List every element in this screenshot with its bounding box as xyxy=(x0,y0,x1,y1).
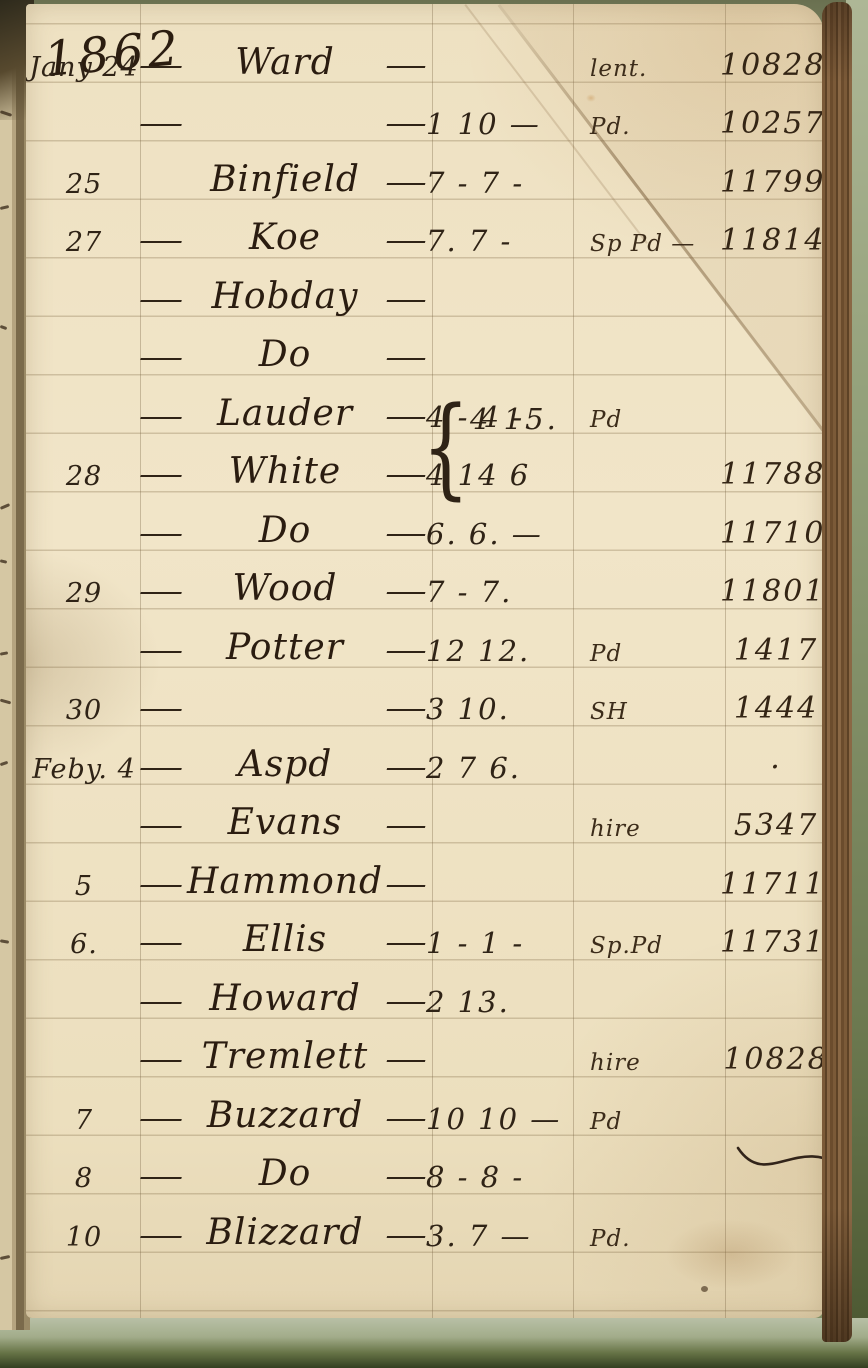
name-trailing-dash: — xyxy=(372,343,439,373)
entry-name: Koe xyxy=(185,220,385,256)
ledger-row: 27 — Koe — 7. 7 - Sp Pd — 11814. xyxy=(26,204,824,256)
entry-date: 29 xyxy=(26,580,142,607)
entry-date: 5 xyxy=(26,873,142,900)
entry-name: Do xyxy=(185,337,385,373)
entry-notation: Pd. xyxy=(582,1228,736,1251)
entry-reference-number: 11814. xyxy=(720,226,824,256)
ledger-row: 29 — Wood — 7 - 7. 11801. xyxy=(26,555,824,607)
entry-notation: Pd xyxy=(582,1111,736,1134)
entry-amount: 3 10. xyxy=(426,695,576,724)
entry-amount: 7 - 7. xyxy=(426,578,576,607)
entry-reference-number: 1444 xyxy=(720,694,824,724)
leader-dash: — xyxy=(127,694,196,724)
ledger-page: 1862 Jany 24 — Ward — lent. 10828. — — 1… xyxy=(26,4,824,1318)
entry-name: Ward xyxy=(185,45,385,81)
entry-date: 6. xyxy=(26,931,142,958)
entry-name: Tremlett xyxy=(185,1039,385,1075)
entry-reference-number: 10828 xyxy=(720,1045,824,1075)
entry-notation: Pd xyxy=(582,409,736,432)
entry-name: Buzzard xyxy=(185,1098,385,1134)
ledger-row: Feby. 4 — Aspd — 2 7 6. · xyxy=(26,731,824,783)
entry-notation: Sp Pd — xyxy=(582,233,736,256)
entry-amount: 1 - 1 - xyxy=(426,929,576,958)
ledger-row: — Do — xyxy=(26,321,824,373)
entry-reference-number: 11710. xyxy=(720,519,824,549)
entry-reference-number: 11801. xyxy=(720,577,824,607)
ledger-row: — Evans — hire 5347 xyxy=(26,789,824,841)
entry-notation: lent. xyxy=(582,58,736,81)
entry-name: Hobday xyxy=(185,279,385,315)
entry-amount: 1 10 — xyxy=(426,110,576,139)
ledger-row: 8 — Do — 8 - 8 - xyxy=(26,1140,824,1192)
entry-reference-number: 117111 xyxy=(720,870,824,900)
name-trailing-dash: — xyxy=(372,1045,439,1075)
entry-reference-number: 11731 - xyxy=(720,928,824,958)
entry-name: Potter xyxy=(185,630,385,666)
brace-amount: 4 15. xyxy=(470,402,559,436)
entry-name: Wood xyxy=(185,571,385,607)
entry-name: Hammond xyxy=(185,864,385,900)
entry-reference-number: 10828. xyxy=(720,51,824,81)
entry-date: 8 xyxy=(26,1165,142,1192)
entry-amount: 3. 7 — xyxy=(426,1222,576,1251)
ledger-book-scan: 1862 Jany 24 — Ward — lent. 10828. — — 1… xyxy=(0,0,868,1368)
entry-date: 28 xyxy=(26,463,142,490)
name-trailing-dash: — xyxy=(372,870,439,900)
entry-notation: hire xyxy=(582,818,736,841)
entry-name: Aspd xyxy=(185,747,385,783)
entry-amount: 12 12. xyxy=(426,637,576,666)
entry-name: Blizzard xyxy=(185,1215,385,1251)
entry-reference-number: 10257. xyxy=(720,109,824,139)
entry-reference-number: 1417 xyxy=(720,636,824,666)
entry-name: Binfield xyxy=(185,162,385,198)
pen-flourish xyxy=(732,1138,824,1190)
book-cover-edge-bottom xyxy=(0,1318,868,1368)
entry-name: Ellis xyxy=(185,922,385,958)
entry-name: Do xyxy=(185,1156,385,1192)
ledger-row: — — 1 10 — Pd. 10257. xyxy=(26,87,824,139)
name-trailing-dash: — xyxy=(372,51,439,81)
entry-reference-number: 5347 xyxy=(720,811,824,841)
entry-notation: Pd. xyxy=(582,116,736,139)
entry-name: White xyxy=(185,454,385,490)
ledger-row: 5 — Hammond — 117111 xyxy=(26,848,824,900)
entry-name: Lauder xyxy=(185,396,385,432)
ledger-row: 25 Binfield — 7 - 7 - 11799. xyxy=(26,146,824,198)
entry-notation: Pd xyxy=(582,643,736,666)
ledger-row: 10 — Blizzard — 3. 7 — Pd. xyxy=(26,1199,824,1251)
entry-date: 25 xyxy=(26,171,142,198)
entry-notation: SH xyxy=(582,701,736,724)
ledger-row: 6. — Ellis — 1 - 1 - Sp.Pd 11731 - xyxy=(26,906,824,958)
entry-reference-number: 11799. xyxy=(720,168,824,198)
ledger-row: — Potter — 12 12. Pd 1417 xyxy=(26,614,824,666)
entry-amount: 7 - 7 - xyxy=(426,169,576,198)
entry-name: Evans xyxy=(185,805,385,841)
entry-amount: 6. 6. — xyxy=(426,520,576,549)
book-fore-edge-pages xyxy=(822,2,852,1342)
entry-date: Jany 24 xyxy=(26,54,142,81)
entry-reference-number: · xyxy=(720,753,824,783)
ledger-row: — Tremlett — hire 10828 xyxy=(26,1023,824,1075)
leader-dash: — xyxy=(127,109,196,139)
grouping-brace: { xyxy=(422,382,470,511)
name-trailing-dash: — xyxy=(372,811,439,841)
entry-date: 10 xyxy=(26,1224,142,1251)
entry-amount: 8 - 8 - xyxy=(426,1163,576,1192)
entry-amount: 10 10 — xyxy=(426,1105,576,1134)
entry-date: 27 xyxy=(26,229,142,256)
ledger-row: Jany 24 — Ward — lent. 10828. xyxy=(26,29,824,81)
entry-date: 7 xyxy=(26,1107,142,1134)
entry-name: Howard xyxy=(185,981,385,1017)
entry-date: 30 xyxy=(26,697,142,724)
name-trailing-dash: — xyxy=(372,285,439,315)
entry-name: Do xyxy=(185,513,385,549)
entry-reference-number: 11788. xyxy=(720,460,824,490)
ledger-row: — Howard — 2 13. xyxy=(26,965,824,1017)
entry-amount: 7. 7 - xyxy=(426,227,576,256)
entry-notation: hire xyxy=(582,1052,736,1075)
entry-amount: 2 13. xyxy=(426,988,576,1017)
entry-date: Feby. 4 xyxy=(26,756,142,783)
ink-spot-stain xyxy=(701,1286,708,1292)
ledger-row: 30 — — 3 10. SH 1444 xyxy=(26,672,824,724)
ledger-row: — Hobday — xyxy=(26,263,824,315)
entry-notation: Sp.Pd xyxy=(582,935,736,958)
ledger-row: 7 — Buzzard — 10 10 — Pd xyxy=(26,1082,824,1134)
entry-amount: 2 7 6. xyxy=(426,754,576,783)
